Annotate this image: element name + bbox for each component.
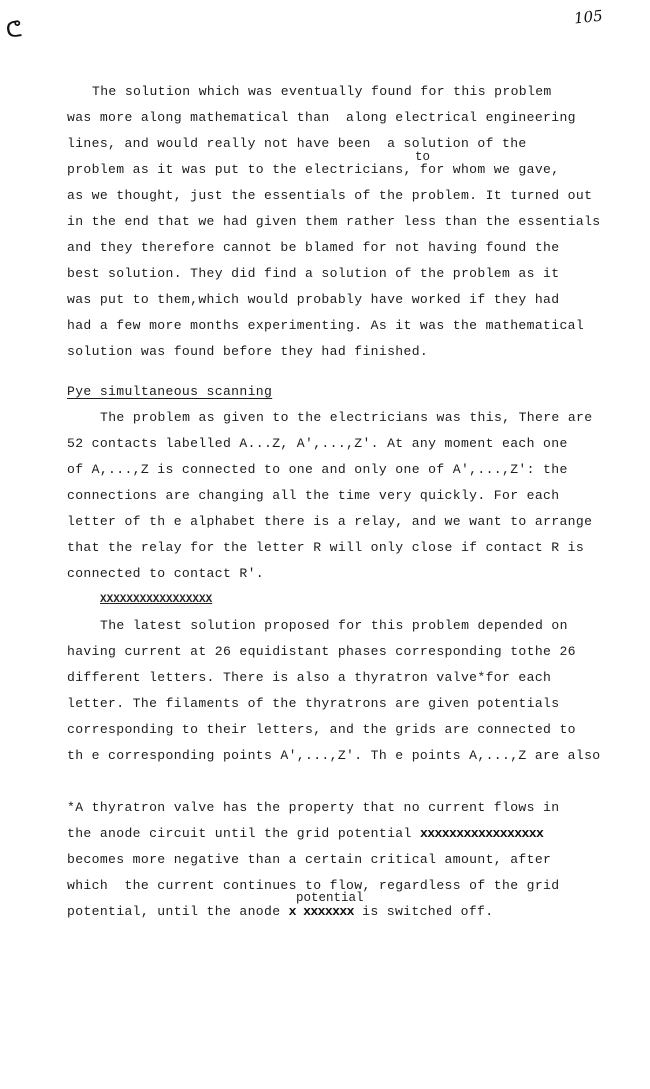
- paragraph-2-line: letter of th e alphabet there is a relay…: [67, 514, 592, 530]
- paragraph-1-line: in the end that we had given them rather…: [67, 214, 601, 230]
- paragraph-1-line: lines, and would really not have been a …: [67, 136, 527, 152]
- paragraph-1-line: best solution. They did find a solution …: [67, 266, 559, 282]
- paragraph-2-line: 52 contacts labelled A...Z, A',...,Z'. A…: [67, 436, 568, 452]
- paragraph-1-line: problem as it was put to the electrician…: [67, 162, 559, 178]
- footnote-text: potential, until the anode: [67, 904, 289, 919]
- paragraph-1-line: solution was found before they had finis…: [67, 344, 428, 360]
- footnote-line: potential, until the anode x xxxxxxx is …: [67, 904, 493, 920]
- handwritten-page-number: 105: [573, 7, 603, 28]
- paragraph-3-line: different letters. There is also a thyra…: [67, 670, 551, 686]
- struck-out-text: XXXXXXXXXXXXXXXXX: [100, 592, 212, 608]
- paragraph-2-line: connections are changing all the time ve…: [67, 488, 559, 504]
- typewritten-page: ᕦ 105 The solution which was eventually …: [0, 0, 650, 1089]
- section-heading: Pye simultaneous scanning: [67, 384, 272, 400]
- footnote-line: *A thyratron valve has the property that…: [67, 800, 559, 816]
- paragraph-2-line: The problem as given to the electricians…: [100, 410, 592, 426]
- paragraph-3-line: The latest solution proposed for this pr…: [100, 618, 568, 634]
- footnote-text: is switched off.: [354, 904, 494, 919]
- footnote-line: the anode circuit until the grid potenti…: [67, 826, 543, 842]
- interlinear-insert: potential: [296, 891, 364, 905]
- paragraph-1-line: was more along mathematical than along e…: [67, 110, 576, 126]
- paragraph-3-line: corresponding to their letters, and the …: [67, 722, 576, 738]
- paragraph-1-line: The solution which was eventually found …: [92, 84, 552, 100]
- struck-out-text: xxxxxxxxxxxxxxxxx: [420, 826, 543, 841]
- paragraph-3-line: letter. The filaments of the thyratrons …: [67, 696, 559, 712]
- paragraph-2-line: of A,...,Z is connected to one and only …: [67, 462, 568, 478]
- paragraph-3-line: having current at 26 equidistant phases …: [67, 644, 576, 660]
- paragraph-3-line: th e corresponding points A',...,Z'. Th …: [67, 748, 601, 764]
- paragraph-1-line: and they therefore cannot be blamed for …: [67, 240, 559, 256]
- paragraph-2-line: connected to contact R'.: [67, 566, 264, 582]
- paragraph-2-line: that the relay for the letter R will onl…: [67, 540, 584, 556]
- struck-out-text: x xxxxxxx: [289, 904, 354, 919]
- paragraph-1-line: was put to them,which would probably hav…: [67, 292, 559, 308]
- footnote-text: the anode circuit until the grid potenti…: [67, 826, 420, 841]
- paragraph-1-line: as we thought, just the essentials of th…: [67, 188, 592, 204]
- paragraph-1-line: had a few more months experimenting. As …: [67, 318, 584, 334]
- handwritten-corner-mark: ᕦ: [4, 17, 23, 44]
- footnote-line: becomes more negative than a certain cri…: [67, 852, 551, 868]
